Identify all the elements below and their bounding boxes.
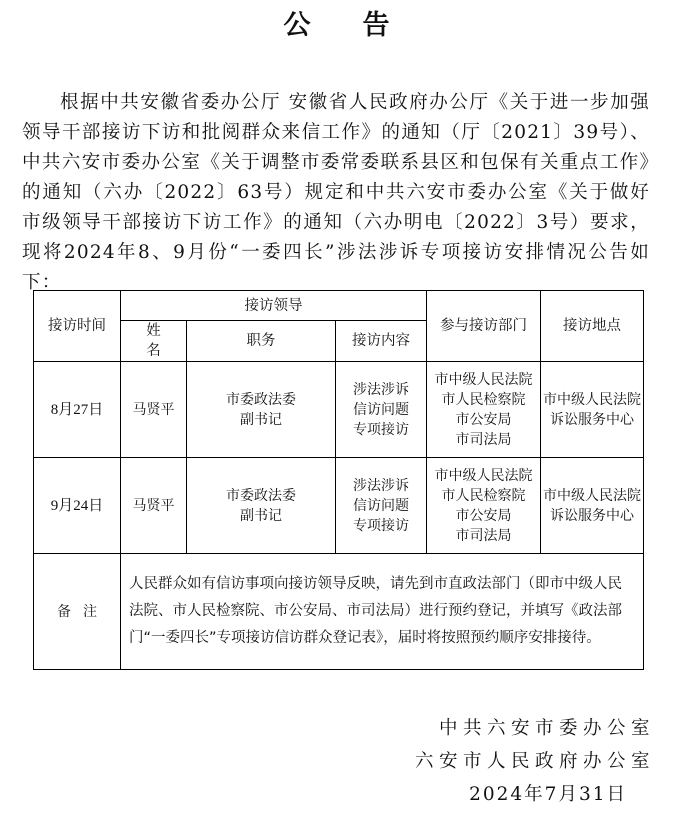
signature-org-party: 中共六安市委办公室 (415, 712, 655, 745)
cell-name: 马贤平 (121, 458, 187, 554)
cell-name: 马贤平 (121, 362, 187, 458)
table-row: 8月27日 马贤平 市委政法委 副书记 涉法涉诉 信访问题 专项接访 市中级人民… (34, 362, 644, 458)
reception-schedule-table: 接访时间 接访领导 参与接访部门 接访地点 姓名 职务 接访内容 8月27日 马… (33, 290, 644, 670)
cell-departments: 市中级人民法院 市人民检察院 市公安局 市司法局 (427, 458, 541, 554)
signature-org-government: 六安市人民政府办公室 (415, 745, 655, 778)
cell-position: 市委政法委 副书记 (187, 458, 336, 554)
cell-content: 涉法涉诉 信访问题 专项接访 (336, 458, 427, 554)
cell-location: 市中级人民法院 诉讼服务中心 (541, 458, 644, 554)
remarks-label: 备注 (34, 554, 121, 670)
cell-content: 涉法涉诉 信访问题 专项接访 (336, 362, 427, 458)
header-departments: 参与接访部门 (427, 291, 541, 362)
table-row: 9月24日 马贤平 市委政法委 副书记 涉法涉诉 信访问题 专项接访 市中级人民… (34, 458, 644, 554)
header-time: 接访时间 (34, 291, 121, 362)
cell-date: 9月24日 (34, 458, 121, 554)
remarks-row: 备注 人民群众如有信访事项向接访领导反映，请先到市直政法部门（即市中级人民法院、… (34, 554, 644, 670)
header-content: 接访内容 (336, 321, 427, 362)
announcement-body: 根据中共安徽省委办公厅 安徽省人民政府办公厅《关于进一步加强领导干部接访下访和批… (22, 88, 650, 298)
cell-date: 8月27日 (34, 362, 121, 458)
header-position: 职务 (187, 321, 336, 362)
cell-location: 市中级人民法院 诉讼服务中心 (541, 362, 644, 458)
document-title: 公告 (0, 8, 673, 44)
signature-block: 中共六安市委办公室 六安市人民政府办公室 2024年7月31日 (415, 712, 655, 811)
header-leader-group: 接访领导 (121, 291, 427, 321)
remarks-text: 人民群众如有信访事项向接访领导反映，请先到市直政法部门（即市中级人民法院、市人民… (121, 554, 644, 670)
header-location: 接访地点 (541, 291, 644, 362)
table-header-row: 接访时间 接访领导 参与接访部门 接访地点 (34, 291, 644, 321)
header-name: 姓名 (121, 321, 187, 362)
signature-date: 2024年7月31日 (415, 778, 655, 811)
cell-departments: 市中级人民法院 市人民检察院 市公安局 市司法局 (427, 362, 541, 458)
cell-position: 市委政法委 副书记 (187, 362, 336, 458)
